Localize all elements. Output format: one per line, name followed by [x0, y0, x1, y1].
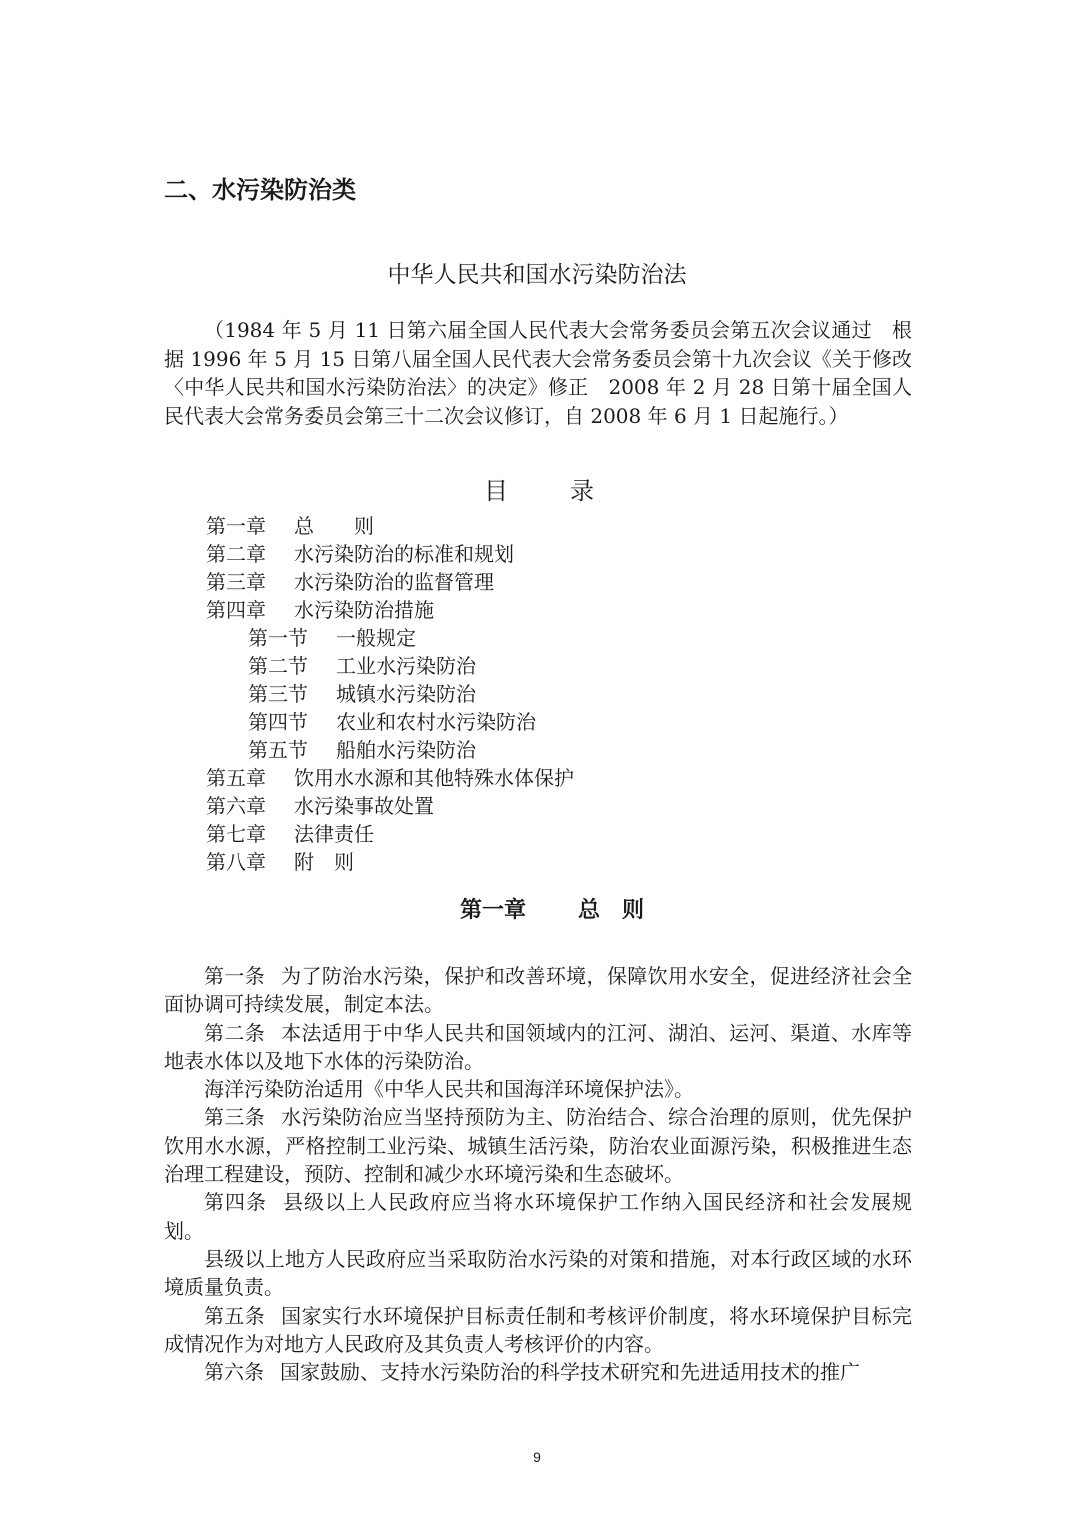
document-page: 二、水污染防治类 中华人民共和国水污染防治法 （1984 年 5 月 11 日第… — [0, 0, 1074, 1520]
toc-item-title: 水污染防治措施 — [294, 596, 434, 624]
article-text: 水污染防治应当坚持预防为主、防治结合、综合治理的原则，优先保护饮用水水源，严格控… — [164, 1105, 912, 1186]
toc-item-title: 工业水污染防治 — [336, 652, 476, 680]
toc-item-number: 第三节 — [248, 680, 336, 708]
toc-title: 目录 — [484, 471, 594, 506]
toc-subitem[interactable]: 第二节工业水污染防治 — [206, 652, 574, 680]
article-text: 海洋污染防治适用《中华人民共和国海洋环境保护法》。 — [204, 1077, 694, 1101]
article-paragraph: 第三条水污染防治应当坚持预防为主、防治结合、综合治理的原则，优先保护饮用水水源，… — [164, 1103, 912, 1188]
article-text: 本法适用于中华人民共和国领域内的江河、湖泊、运河、渠道、水库等地表水体以及地下水… — [164, 1021, 912, 1073]
toc-item[interactable]: 第七章法律责任 — [206, 820, 574, 848]
law-preamble: （1984 年 5 月 11 日第六届全国人民代表大会常务委员会第五次会议通过 … — [164, 316, 912, 430]
article-paragraph: 县级以上地方人民政府应当采取防治水污染的对策和措施，对本行政区域的水环境质量负责… — [164, 1245, 912, 1302]
article-label: 第三条 — [204, 1105, 265, 1129]
toc-title-left: 目 — [484, 471, 508, 506]
toc-title-right: 录 — [570, 471, 594, 506]
article-label: 第六条 — [204, 1360, 264, 1384]
toc-item-number: 第八章 — [206, 848, 294, 876]
chapter-title: 总 则 — [578, 898, 644, 923]
toc-item-number: 第二章 — [206, 540, 294, 568]
article-text: 县级以上人民政府应当将水环境保护工作纳入国民经济和社会发展规划。 — [164, 1190, 912, 1242]
toc-item-number: 第二节 — [248, 652, 336, 680]
article-label: 第一条 — [204, 964, 265, 988]
toc-item-title: 饮用水水源和其他特殊水体保护 — [294, 764, 574, 792]
toc-item-title: 农业和农村水污染防治 — [336, 708, 536, 736]
chapter-body: 第一条为了防治水污染，保护和改善环境，保障饮用水安全，促进经济社会全面协调可持续… — [164, 962, 912, 1386]
toc-item[interactable]: 第三章水污染防治的监督管理 — [206, 568, 574, 596]
article-paragraph: 海洋污染防治适用《中华人民共和国海洋环境保护法》。 — [164, 1075, 912, 1103]
chapter-heading: 第一章总 则 — [460, 893, 644, 924]
toc-item-title: 水污染防治的监督管理 — [294, 568, 494, 596]
article-text: 国家实行水环境保护目标责任制和考核评价制度，将水环境保护目标完成情况作为对地方人… — [164, 1304, 912, 1356]
toc-item-title: 附 则 — [294, 848, 354, 876]
toc-item-title: 船舶水污染防治 — [336, 736, 476, 764]
toc-item[interactable]: 第八章附 则 — [206, 848, 574, 876]
toc-item-number: 第六章 — [206, 792, 294, 820]
toc-item[interactable]: 第二章水污染防治的标准和规划 — [206, 540, 574, 568]
toc-item-title: 城镇水污染防治 — [336, 680, 476, 708]
toc-item-number: 第一节 — [248, 624, 336, 652]
toc-subitem[interactable]: 第四节农业和农村水污染防治 — [206, 708, 574, 736]
article-text: 为了防治水污染，保护和改善环境，保障饮用水安全，促进经济社会全面协调可持续发展，… — [164, 964, 912, 1016]
article-text: 县级以上地方人民政府应当采取防治水污染的对策和措施，对本行政区域的水环境质量负责… — [164, 1247, 912, 1299]
table-of-contents: 第一章总 则 第二章水污染防治的标准和规划 第三章水污染防治的监督管理 第四章水… — [206, 512, 574, 876]
article-paragraph: 第六条国家鼓励、支持水污染防治的科学技术研究和先进适用技术的推广 — [164, 1358, 912, 1386]
toc-item-number: 第五章 — [206, 764, 294, 792]
toc-item-number: 第四章 — [206, 596, 294, 624]
toc-subitem[interactable]: 第一节一般规定 — [206, 624, 574, 652]
toc-item[interactable]: 第四章水污染防治措施 — [206, 596, 574, 624]
toc-item[interactable]: 第一章总 则 — [206, 512, 574, 540]
toc-item-number: 第一章 — [206, 512, 294, 540]
article-label: 第四条 — [204, 1190, 267, 1214]
chapter-number: 第一章 — [460, 898, 526, 923]
toc-item-title: 法律责任 — [294, 820, 374, 848]
toc-item-title: 水污染事故处置 — [294, 792, 434, 820]
page-number: 9 — [0, 1449, 1074, 1465]
toc-item-number: 第五节 — [248, 736, 336, 764]
toc-subitem[interactable]: 第三节城镇水污染防治 — [206, 680, 574, 708]
law-title: 中华人民共和国水污染防治法 — [0, 256, 1074, 289]
section-heading: 二、水污染防治类 — [164, 170, 356, 205]
toc-item-number: 第四节 — [248, 708, 336, 736]
article-paragraph: 第五条国家实行水环境保护目标责任制和考核评价制度，将水环境保护目标完成情况作为对… — [164, 1302, 912, 1359]
toc-subitem[interactable]: 第五节船舶水污染防治 — [206, 736, 574, 764]
toc-item-title: 水污染防治的标准和规划 — [294, 540, 514, 568]
toc-item[interactable]: 第六章水污染事故处置 — [206, 792, 574, 820]
article-paragraph: 第二条本法适用于中华人民共和国领域内的江河、湖泊、运河、渠道、水库等地表水体以及… — [164, 1019, 912, 1076]
toc-item-number: 第七章 — [206, 820, 294, 848]
article-text: 国家鼓励、支持水污染防治的科学技术研究和先进适用技术的推广 — [280, 1360, 860, 1384]
toc-item-title: 一般规定 — [336, 624, 416, 652]
article-paragraph: 第四条县级以上人民政府应当将水环境保护工作纳入国民经济和社会发展规划。 — [164, 1188, 912, 1245]
article-label: 第二条 — [204, 1021, 265, 1045]
toc-item[interactable]: 第五章饮用水水源和其他特殊水体保护 — [206, 764, 574, 792]
article-label: 第五条 — [204, 1304, 265, 1328]
article-paragraph: 第一条为了防治水污染，保护和改善环境，保障饮用水安全，促进经济社会全面协调可持续… — [164, 962, 912, 1019]
toc-item-number: 第三章 — [206, 568, 294, 596]
toc-item-title: 总 则 — [294, 512, 374, 540]
